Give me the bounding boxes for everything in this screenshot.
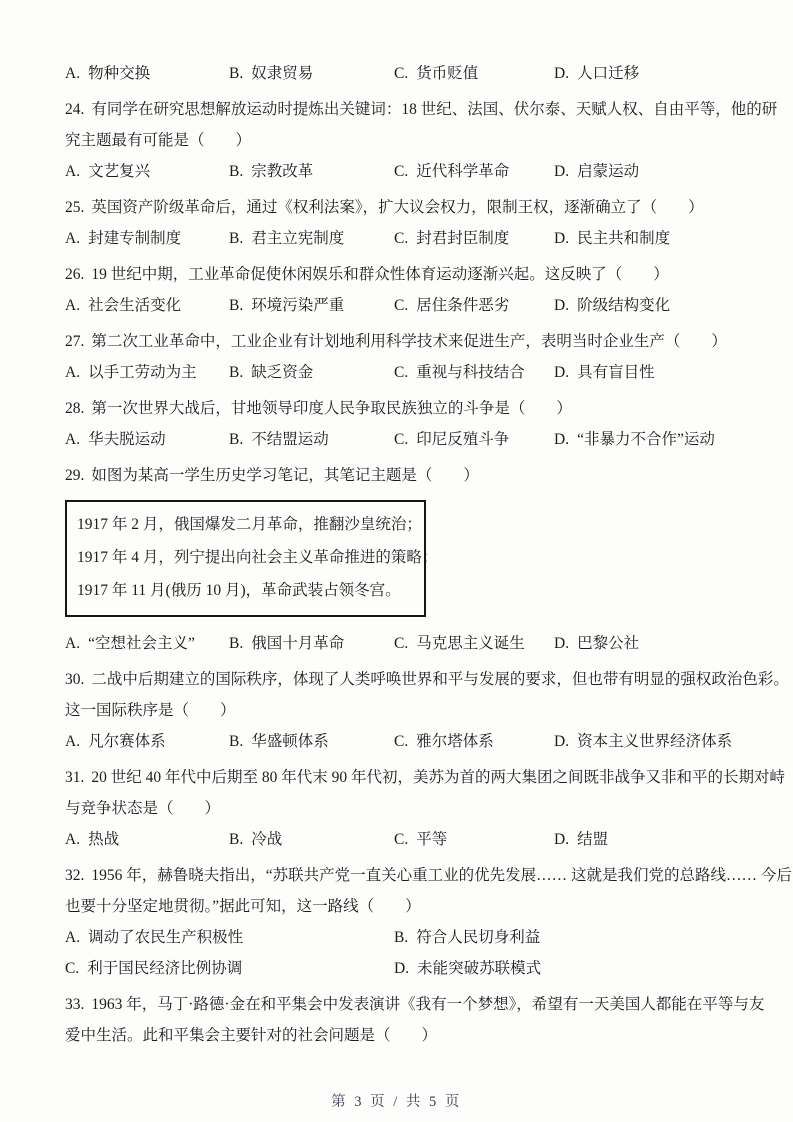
stem-text: 这一国际秩序是（ ） (65, 702, 236, 719)
option-label: D. (394, 960, 409, 977)
question-30-options-row: A.凡尔赛体系 B.华盛顿体系 C.雅尔塔体系 D.资本主义世界经济体系 (65, 726, 737, 757)
option-label: C. (394, 635, 408, 652)
exam-page: A.物种交换 B.奴隶贸易 C.货币贬值 D.人口迁移 24.有同学在研究思想解… (0, 0, 793, 1122)
question-number: 29. (65, 467, 84, 484)
option-text: 封君封臣制度 (416, 230, 509, 247)
question-31-stem-line-2: 与竞争状态是（ ） (65, 793, 737, 824)
question-26-stem-line-1: 26.19 世纪中期，工业革命促使休闲娱乐和群众性体育运动逐渐兴起。这反映了（ … (65, 259, 737, 290)
question-26-option-a: A.社会生活变化 (65, 290, 229, 321)
question-25-stem-line-1: 25.英国资产阶级革命后，通过《权利法案》，扩大议会权力，限制王权，逐渐确立了（… (65, 192, 737, 223)
question-31-stem-line-1: 31.20 世纪 40 年代中后期至 80 年代末 90 年代初，美苏为首的两大… (65, 762, 737, 793)
question-32-option-a: A.调动了农民生产积极性 (65, 922, 394, 953)
option-label: B. (229, 431, 243, 448)
stem-text: 也要十分坚定地贯彻。”据此可知，这一路线（ ） (65, 898, 421, 915)
question-number: 30. (65, 671, 84, 688)
question-number: 26. (65, 266, 84, 283)
question-27-option-d: D.具有盲目性 (554, 357, 737, 388)
option-label: D. (554, 230, 569, 247)
stem-text: 19 世纪中期，工业革命促使休闲娱乐和群众性体育运动逐渐兴起。这反映了（ ） (91, 266, 668, 283)
option-label: D. (554, 431, 569, 448)
question-27-options-row: A.以手工劳动为主 B.缺乏资金 C.重视与科技结合 D.具有盲目性 (65, 357, 737, 388)
stem-text: 如图为某高一学生历史学习笔记，其笔记主题是（ ） (91, 467, 479, 484)
stem-text: 有同学在研究思想解放运动时提炼出关键词：18 世纪、法国、伏尔泰、天赋人权、自由… (91, 101, 777, 118)
question-31-option-b: B.冷战 (229, 824, 394, 855)
option-label: C. (394, 297, 408, 314)
option-label: D. (554, 831, 569, 848)
question-30-option-a: A.凡尔赛体系 (65, 726, 229, 757)
question-25-option-a: A.封建专制制度 (65, 223, 229, 254)
option-label: A. (65, 163, 80, 180)
question-25-option-b: B.君主立宪制度 (229, 223, 394, 254)
stem-text: 第二次工业革命中，工业企业有计划地利用科学技术来促进生产，表明当时企业生产（ ） (91, 333, 727, 350)
question-29-option-a: A.“空想社会主义” (65, 628, 229, 659)
question-27-stem-line-1: 27.第二次工业革命中，工业企业有计划地利用科学技术来促进生产，表明当时企业生产… (65, 326, 737, 357)
option-text: 阶级结构变化 (577, 297, 670, 314)
option-text: 封建专制制度 (88, 230, 181, 247)
option-label: B. (229, 163, 243, 180)
question-28-option-a: A.华夫脱运动 (65, 424, 229, 455)
question-32-options-row-2: C.利于国民经济比例协调 D.未能突破苏联模式 (65, 953, 737, 984)
option-text: 热战 (88, 831, 119, 848)
question-32-option-d: D.未能突破苏联模式 (394, 953, 737, 984)
history-notes-box: 1917 年 2 月，俄国爆发二月革命，推翻沙皇统治； 1917 年 4 月，列… (65, 500, 426, 617)
option-text: 华夫脱运动 (88, 431, 166, 448)
option-text: 民主共和制度 (577, 230, 670, 247)
question-29-option-d: D.巴黎公社 (554, 628, 737, 659)
option-text: 华盛顿体系 (251, 733, 329, 750)
option-text: 货币贬值 (416, 65, 478, 82)
option-text: 宗教改革 (251, 163, 313, 180)
question-26-options-row: A.社会生活变化 B.环境污染严重 C.居住条件恶劣 D.阶级结构变化 (65, 290, 737, 321)
stem-text: 1963 年，马丁·路德·金在和平集会中发表演讲《我有一个梦想》，希望有一天美国… (91, 996, 764, 1013)
question-23-option-b: B.奴隶贸易 (229, 58, 394, 89)
option-text: 马克思主义诞生 (416, 635, 525, 652)
option-label: D. (554, 297, 569, 314)
option-text: 调动了农民生产积极性 (88, 929, 243, 946)
option-text: 符合人民切身利益 (416, 929, 540, 946)
option-label: C. (394, 65, 408, 82)
question-28-option-b: B.不结盟运动 (229, 424, 394, 455)
option-text: 君主立宪制度 (251, 230, 344, 247)
question-32-option-c: C.利于国民经济比例协调 (65, 953, 394, 984)
question-33-stem-line-2: 爱中生活。此和平集会主要针对的社会问题是（ ） (65, 1020, 737, 1051)
option-text: 不结盟运动 (251, 431, 329, 448)
option-label: C. (394, 431, 408, 448)
option-label: A. (65, 431, 80, 448)
question-number: 32. (65, 867, 84, 884)
question-28-option-d: D.“非暴力不合作”运动 (554, 424, 737, 455)
option-text: 俄国十月革命 (251, 635, 344, 652)
option-text: 平等 (416, 831, 447, 848)
exam-content: A.物种交换 B.奴隶贸易 C.货币贬值 D.人口迁移 24.有同学在研究思想解… (65, 58, 737, 1051)
option-text: 人口迁移 (577, 65, 639, 82)
option-text: “非暴力不合作”运动 (577, 431, 715, 448)
question-31-option-d: D.结盟 (554, 824, 737, 855)
option-text: 利于国民经济比例协调 (87, 960, 242, 977)
option-label: A. (65, 929, 80, 946)
option-text: 近代科学革命 (416, 163, 509, 180)
question-26-option-c: C.居住条件恶劣 (394, 290, 554, 321)
question-24-option-c: C.近代科学革命 (394, 156, 554, 187)
question-27-option-c: C.重视与科技结合 (394, 357, 554, 388)
option-label: B. (229, 635, 243, 652)
option-text: “空想社会主义” (88, 635, 195, 652)
question-number: 28. (65, 400, 84, 417)
question-23-option-a: A.物种交换 (65, 58, 229, 89)
option-label: A. (65, 230, 80, 247)
option-text: 重视与科技结合 (416, 364, 525, 381)
option-text: 雅尔塔体系 (416, 733, 494, 750)
question-26-option-d: D.阶级结构变化 (554, 290, 737, 321)
option-label: A. (65, 364, 80, 381)
question-33-stem-line-1: 33.1963 年，马丁·路德·金在和平集会中发表演讲《我有一个梦想》，希望有一… (65, 989, 737, 1020)
question-31-options-row: A.热战 B.冷战 C.平等 D.结盟 (65, 824, 737, 855)
option-label: D. (554, 733, 569, 750)
question-number: 25. (65, 199, 84, 216)
option-label: A. (65, 635, 80, 652)
question-24-stem-line-1: 24.有同学在研究思想解放运动时提炼出关键词：18 世纪、法国、伏尔泰、天赋人权… (65, 94, 737, 125)
option-label: C. (394, 733, 408, 750)
question-29-option-b: B.俄国十月革命 (229, 628, 394, 659)
option-text: 未能突破苏联模式 (417, 960, 541, 977)
option-text: 冷战 (251, 831, 282, 848)
question-24-option-d: D.启蒙运动 (554, 156, 737, 187)
question-32-option-b: B.符合人民切身利益 (394, 922, 737, 953)
question-30-stem-line-2: 这一国际秩序是（ ） (65, 695, 737, 726)
option-text: 资本主义世界经济体系 (577, 733, 732, 750)
option-label: C. (394, 230, 408, 247)
question-23-option-c: C.货币贬值 (394, 58, 554, 89)
question-32-stem-line-2: 也要十分坚定地贯彻。”据此可知，这一路线（ ） (65, 891, 737, 922)
stem-text: 英国资产阶级革命后，通过《权利法案》，扩大议会权力，限制王权，逐渐确立了（ ） (91, 199, 703, 216)
option-label: B. (229, 364, 243, 381)
question-25-options-row: A.封建专制制度 B.君主立宪制度 C.封君封臣制度 D.民主共和制度 (65, 223, 737, 254)
question-number: 27. (65, 333, 84, 350)
note-line-2: 1917 年 4 月，列宁提出向社会主义革命推进的策略； (77, 541, 416, 574)
question-26-option-b: B.环境污染严重 (229, 290, 394, 321)
option-label: B. (229, 297, 243, 314)
option-text: 结盟 (577, 831, 608, 848)
stem-text: 20 世纪 40 年代中后期至 80 年代末 90 年代初，美苏为首的两大集团之… (91, 769, 785, 786)
option-label: A. (65, 297, 80, 314)
stem-text: 与竞争状态是（ ） (65, 800, 220, 817)
question-24-option-a: A.文艺复兴 (65, 156, 229, 187)
option-text: 奴隶贸易 (251, 65, 313, 82)
question-number: 24. (65, 101, 84, 118)
question-28-options-row: A.华夫脱运动 B.不结盟运动 C.印尼反殖斗争 D.“非暴力不合作”运动 (65, 424, 737, 455)
question-number: 33. (65, 996, 84, 1013)
option-text: 物种交换 (88, 65, 150, 82)
question-27-option-a: A.以手工劳动为主 (65, 357, 229, 388)
option-text: 凡尔赛体系 (88, 733, 166, 750)
question-30-option-b: B.华盛顿体系 (229, 726, 394, 757)
option-text: 社会生活变化 (88, 297, 181, 314)
note-line-3: 1917 年 11 月(俄历 10 月)，革命武装占领冬宫。 (77, 574, 416, 607)
question-26: 26.19 世纪中期，工业革命促使休闲娱乐和群众性体育运动逐渐兴起。这反映了（ … (65, 259, 737, 321)
option-text: 缺乏资金 (251, 364, 313, 381)
question-24: 24.有同学在研究思想解放运动时提炼出关键词：18 世纪、法国、伏尔泰、天赋人权… (65, 94, 737, 187)
option-text: 居住条件恶劣 (416, 297, 509, 314)
question-25-option-c: C.封君封臣制度 (394, 223, 554, 254)
question-29-stem-line-1: 29.如图为某高一学生历史学习笔记，其笔记主题是（ ） (65, 460, 737, 491)
option-text: 以手工劳动为主 (88, 364, 197, 381)
question-24-stem-line-2: 究主题最有可能是（ ） (65, 125, 737, 156)
question-25: 25.英国资产阶级革命后，通过《权利法案》，扩大议会权力，限制王权，逐渐确立了（… (65, 192, 737, 254)
question-31-option-c: C.平等 (394, 824, 554, 855)
option-label: B. (229, 230, 243, 247)
stem-text: 二战中后期建立的国际秩序，体现了人类呼唤世界和平与发展的要求，但也带有明显的强权… (91, 671, 789, 688)
question-28-stem-line-1: 28.第一次世界大战后，甘地领导印度人民争取民族独立的斗争是（ ） (65, 393, 737, 424)
option-label: C. (65, 960, 79, 977)
note-line-1: 1917 年 2 月，俄国爆发二月革命，推翻沙皇统治； (77, 508, 416, 541)
question-27: 27.第二次工业革命中，工业企业有计划地利用科学技术来促进生产，表明当时企业生产… (65, 326, 737, 388)
option-label: A. (65, 733, 80, 750)
option-label: C. (394, 831, 408, 848)
question-23-option-d: D.人口迁移 (554, 58, 737, 89)
option-text: 具有盲目性 (577, 364, 655, 381)
option-label: A. (65, 831, 80, 848)
question-32-options-row-1: A.调动了农民生产积极性 B.符合人民切身利益 (65, 922, 737, 953)
option-label: B. (394, 929, 408, 946)
question-23-options-row: A.物种交换 B.奴隶贸易 C.货币贬值 D.人口迁移 (65, 58, 737, 89)
question-number: 31. (65, 769, 84, 786)
question-31: 31.20 世纪 40 年代中后期至 80 年代末 90 年代初，美苏为首的两大… (65, 762, 737, 855)
stem-text: 第一次世界大战后，甘地领导印度人民争取民族独立的斗争是（ ） (91, 400, 572, 417)
option-label: D. (554, 635, 569, 652)
question-24-option-b: B.宗教改革 (229, 156, 394, 187)
question-30: 30.二战中后期建立的国际秩序，体现了人类呼唤世界和平与发展的要求，但也带有明显… (65, 664, 737, 757)
question-32: 32.1956 年，赫鲁晓夫指出，“苏联共产党一直关心重工业的优先发展…… 这就… (65, 860, 737, 984)
option-label: C. (394, 163, 408, 180)
option-label: D. (554, 65, 569, 82)
option-label: B. (229, 733, 243, 750)
page-footer: 第 3 页 / 共 5 页 (0, 1090, 793, 1111)
question-28-option-c: C.印尼反殖斗争 (394, 424, 554, 455)
stem-text: 1956 年，赫鲁晓夫指出，“苏联共产党一直关心重工业的优先发展…… 这就是我们… (91, 867, 792, 884)
option-label: D. (554, 364, 569, 381)
stem-text: 究主题最有可能是（ ） (65, 132, 251, 149)
option-text: 环境污染严重 (251, 297, 344, 314)
option-label: B. (229, 65, 243, 82)
option-label: C. (394, 364, 408, 381)
question-30-stem-line-1: 30.二战中后期建立的国际秩序，体现了人类呼唤世界和平与发展的要求，但也带有明显… (65, 664, 737, 695)
option-text: 文艺复兴 (88, 163, 150, 180)
option-label: A. (65, 65, 80, 82)
option-text: 巴黎公社 (577, 635, 639, 652)
option-text: 启蒙运动 (577, 163, 639, 180)
question-28: 28.第一次世界大战后，甘地领导印度人民争取民族独立的斗争是（ ） A.华夫脱运… (65, 393, 737, 455)
question-24-options-row: A.文艺复兴 B.宗教改革 C.近代科学革命 D.启蒙运动 (65, 156, 737, 187)
question-31-option-a: A.热战 (65, 824, 229, 855)
question-30-option-d: D.资本主义世界经济体系 (554, 726, 737, 757)
option-text: 印尼反殖斗争 (416, 431, 509, 448)
option-label: D. (554, 163, 569, 180)
option-label: B. (229, 831, 243, 848)
question-33: 33.1963 年，马丁·路德·金在和平集会中发表演讲《我有一个梦想》，希望有一… (65, 989, 737, 1051)
question-29-option-c: C.马克思主义诞生 (394, 628, 554, 659)
question-32-stem-line-1: 32.1956 年，赫鲁晓夫指出，“苏联共产党一直关心重工业的优先发展…… 这就… (65, 860, 737, 891)
question-30-option-c: C.雅尔塔体系 (394, 726, 554, 757)
question-29-options-row: A.“空想社会主义” B.俄国十月革命 C.马克思主义诞生 D.巴黎公社 (65, 628, 737, 659)
stem-text: 爱中生活。此和平集会主要针对的社会问题是（ ） (65, 1027, 437, 1044)
question-25-option-d: D.民主共和制度 (554, 223, 737, 254)
question-29: 29.如图为某高一学生历史学习笔记，其笔记主题是（ ） 1917 年 2 月，俄… (65, 460, 737, 659)
question-27-option-b: B.缺乏资金 (229, 357, 394, 388)
